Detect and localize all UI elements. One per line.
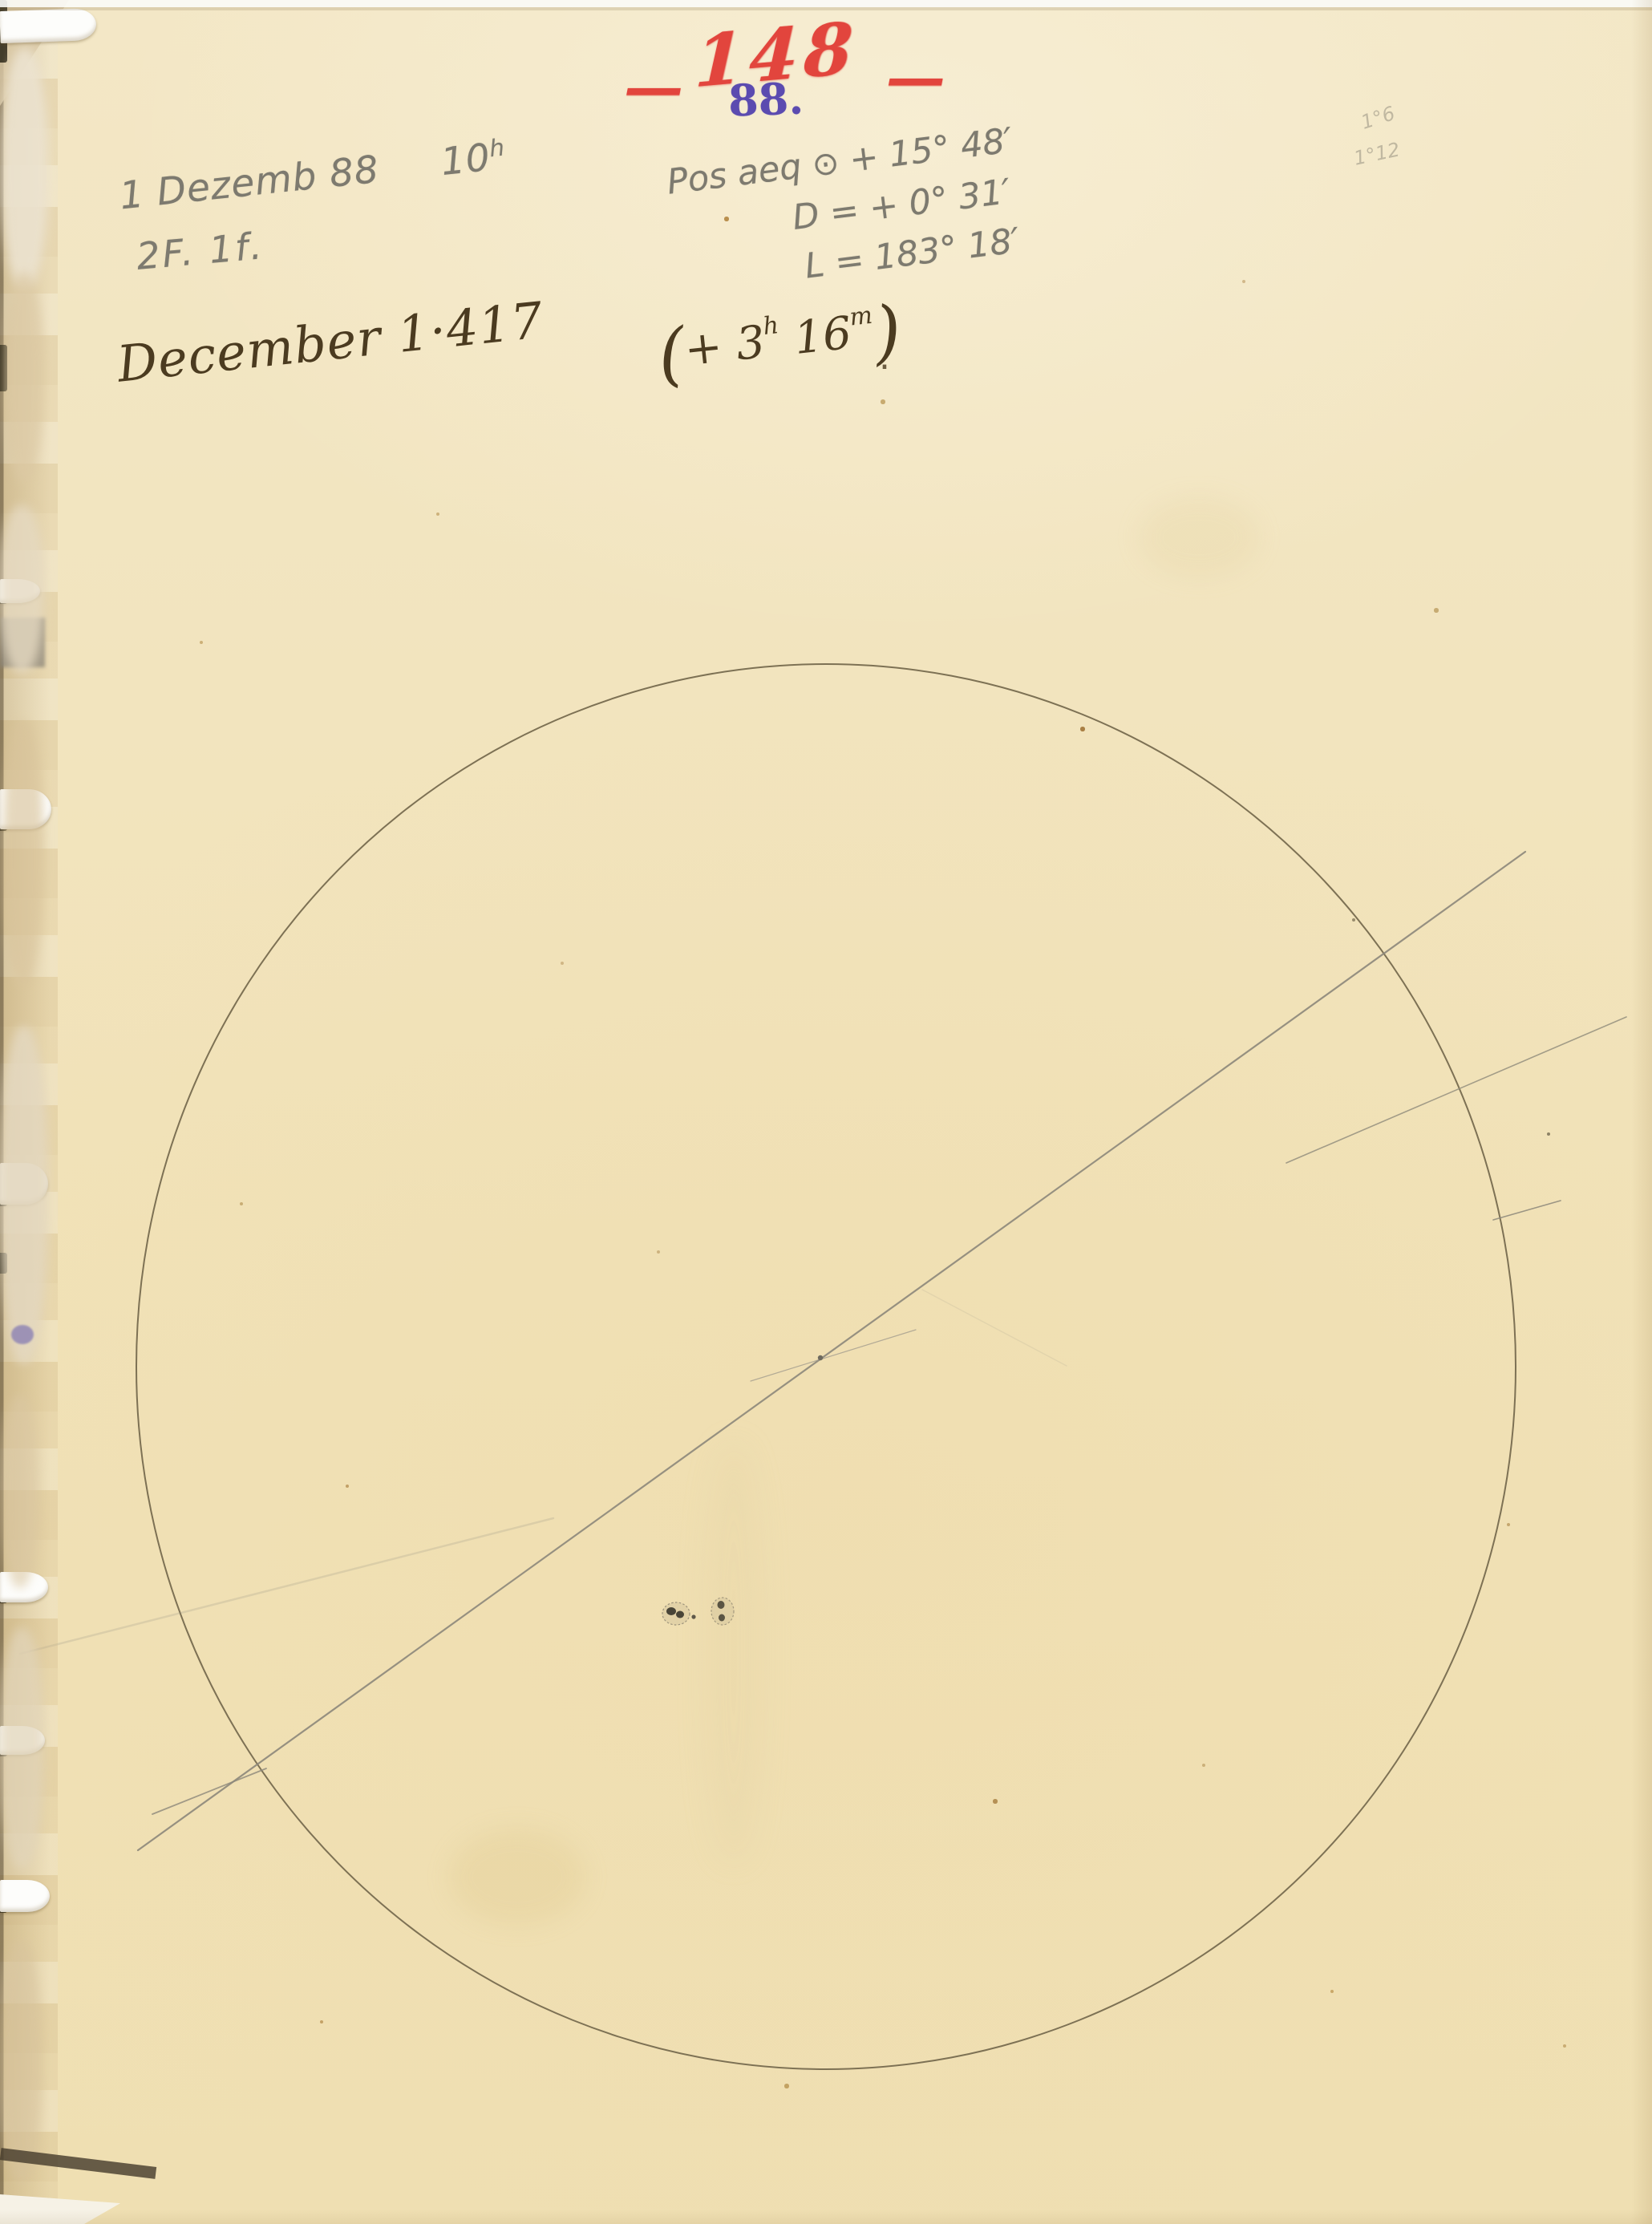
lower-branch-line xyxy=(152,1768,266,1814)
ink-dot: . xyxy=(879,337,890,378)
limb-tick xyxy=(1493,1201,1561,1220)
dash-left: — xyxy=(624,53,683,122)
edge-stain xyxy=(0,1941,42,2181)
paper-crease xyxy=(20,1518,553,1654)
edge-stain xyxy=(0,1628,44,1869)
sunspot-umbra xyxy=(676,1611,684,1618)
edge-stain xyxy=(0,505,44,674)
paper-specks xyxy=(0,0,2,2)
paper-stain xyxy=(706,1444,762,1861)
binding-edge xyxy=(0,0,58,2224)
edge-stain xyxy=(2,1396,38,1588)
disk-center-mark xyxy=(818,1355,823,1360)
main-diagonal-line xyxy=(138,852,1525,1850)
paper-scratch xyxy=(922,1290,1067,1366)
year-number: 88. xyxy=(727,72,804,126)
observation-hour: 10h xyxy=(439,134,508,184)
sunspot-umbra xyxy=(666,1607,676,1615)
solar-disk-circle xyxy=(136,664,1516,2069)
purple-stain xyxy=(11,1325,34,1344)
scan-top-edge xyxy=(0,0,1652,7)
edge-stain xyxy=(5,273,43,481)
edge-stain xyxy=(3,722,43,986)
page-top-shadow xyxy=(0,7,1652,10)
scanned-logbook-page: — 148 — 88. 1 Dezemb 8810h 2F. 1f. Decem… xyxy=(0,0,1652,2224)
sun-symbol: ⊙ xyxy=(810,144,841,184)
center-faint-line xyxy=(751,1330,916,1381)
binding-hole-tear xyxy=(0,1880,50,1912)
paper-stain xyxy=(1139,497,1259,577)
edge-stain xyxy=(2,48,48,289)
sunspot-penumbra xyxy=(662,1602,690,1625)
paper-stain xyxy=(449,1829,585,1925)
binding-hole-tear xyxy=(0,8,97,43)
edge-stain xyxy=(0,1027,48,1363)
sunspot-dot xyxy=(691,1614,695,1618)
pos-label: Pos aeq xyxy=(665,147,804,203)
upper-right-line xyxy=(1286,1017,1626,1163)
dash-right: — xyxy=(886,43,945,112)
